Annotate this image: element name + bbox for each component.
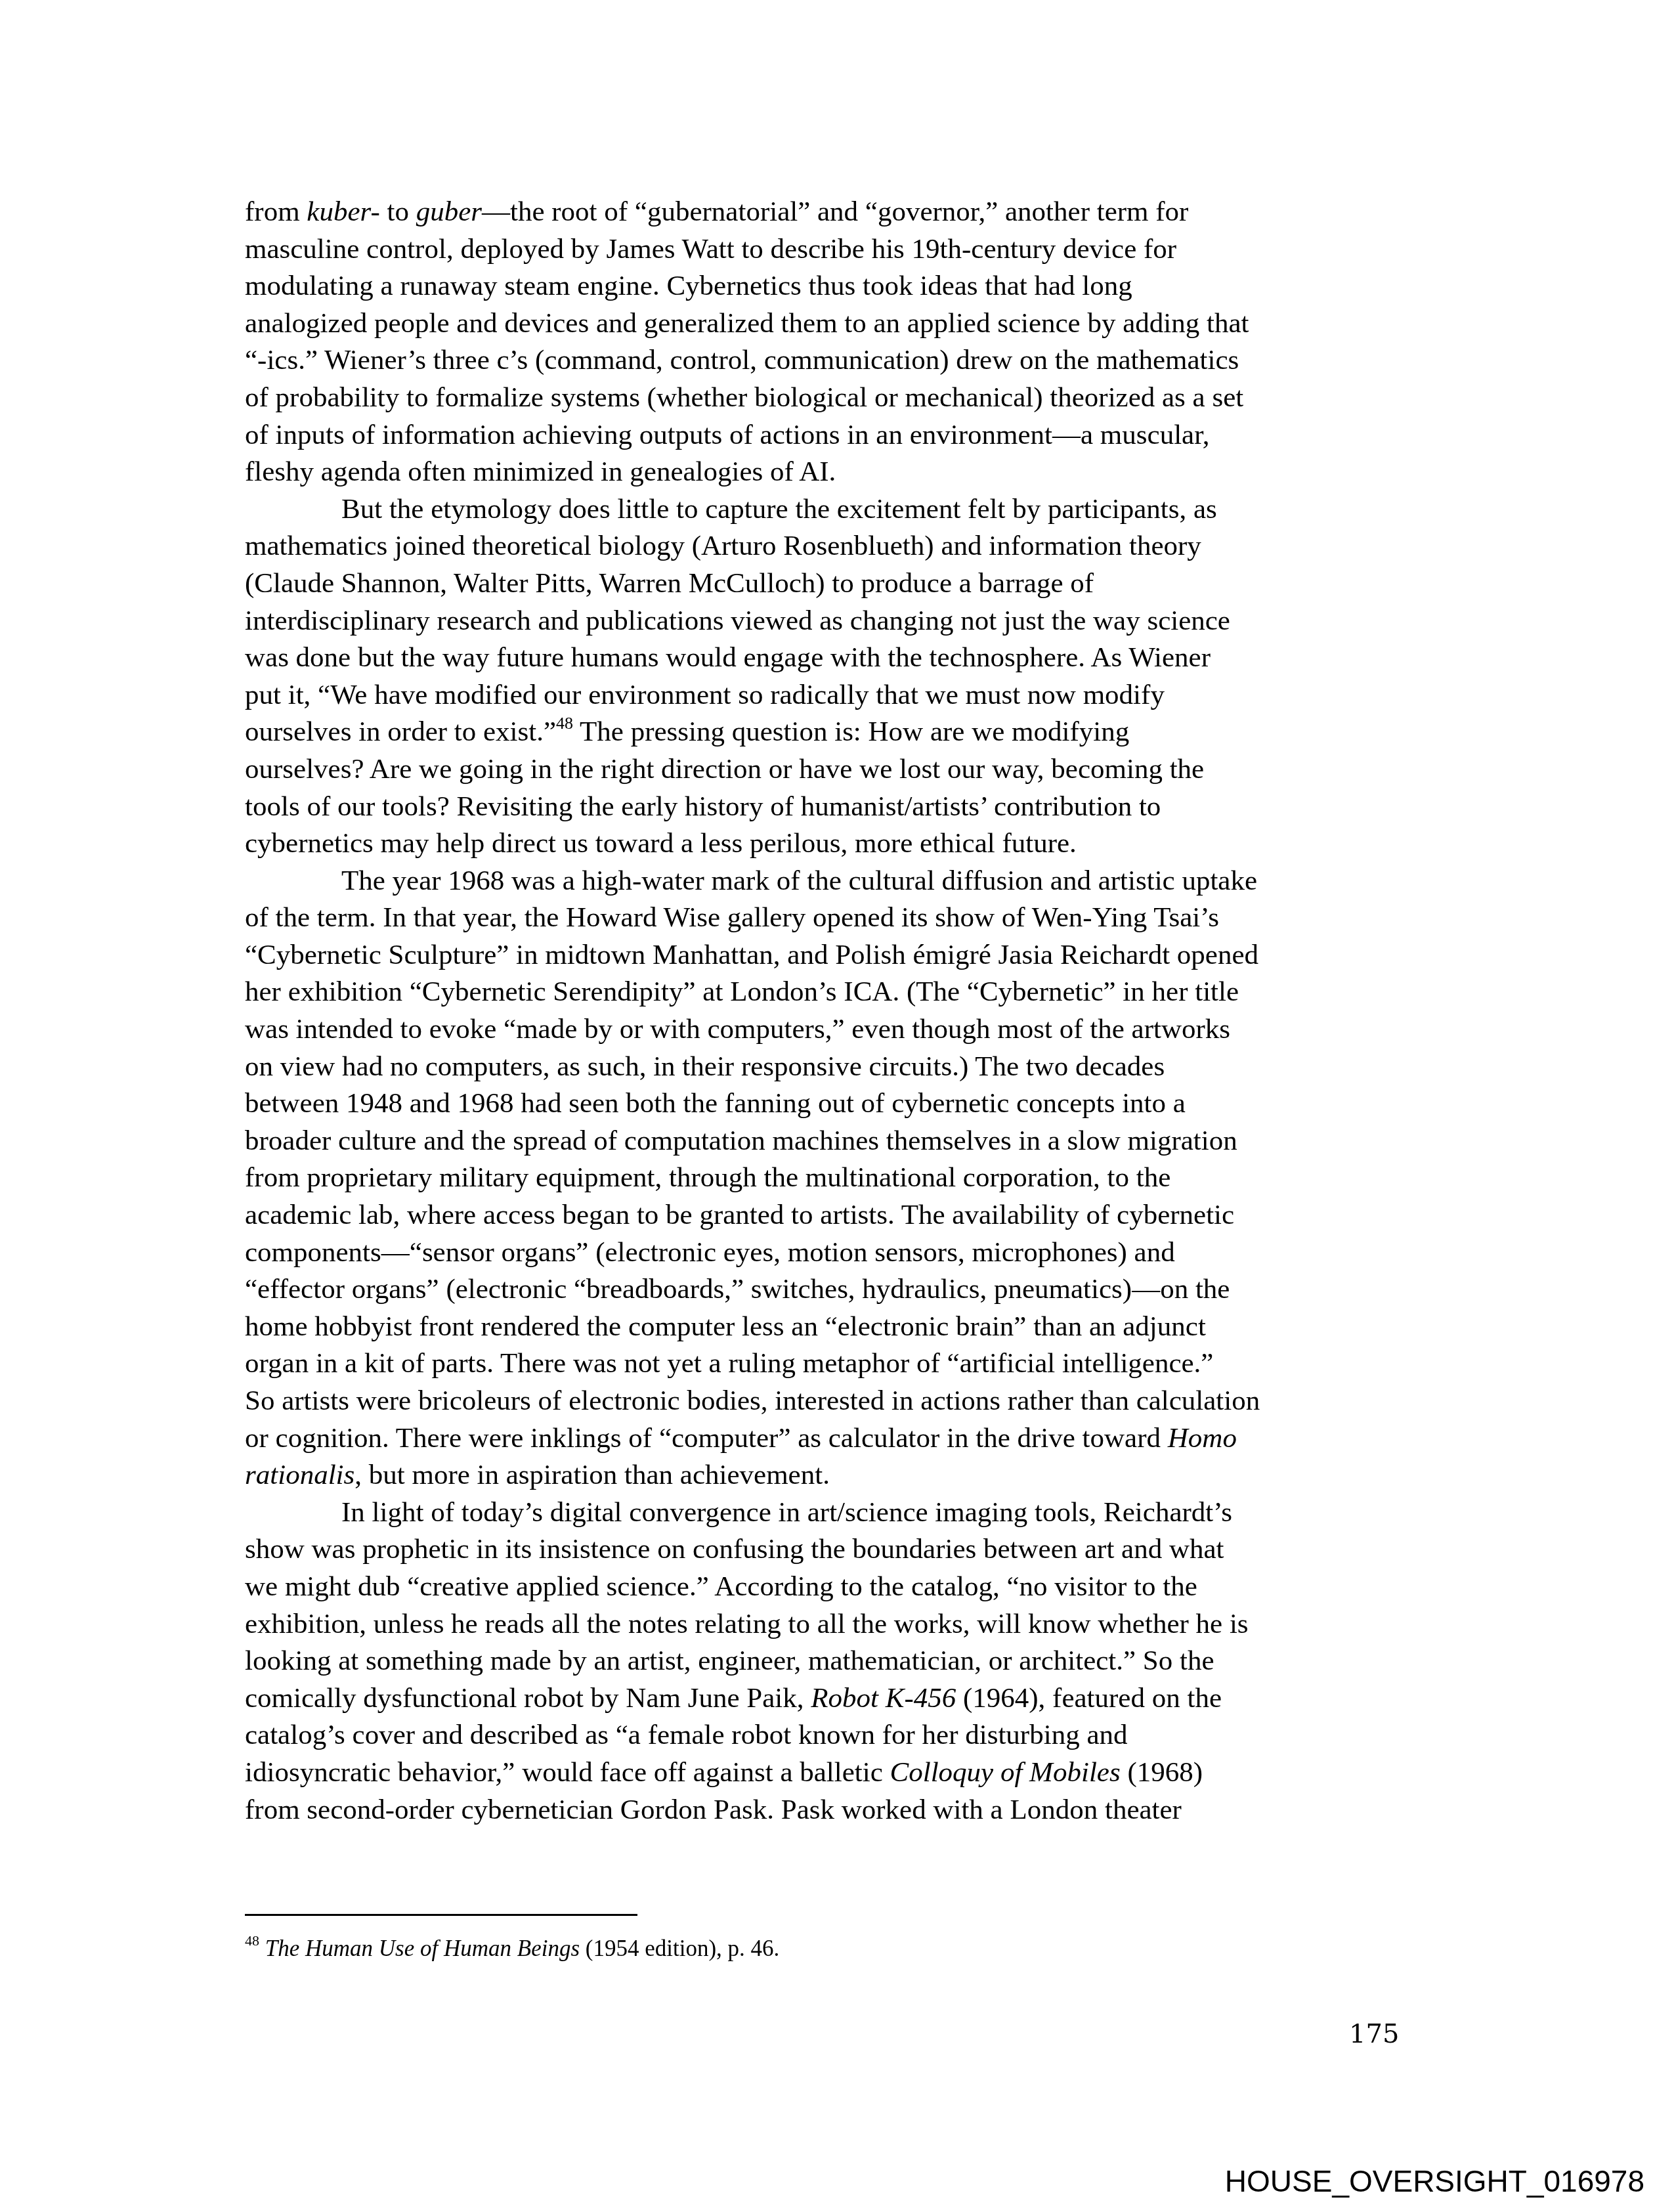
text-run: organ in a kit of parts. There was not y… — [245, 1348, 1213, 1379]
text-run: of inputs of information achieving outpu… — [245, 420, 1210, 450]
text-line: from second-order cybernetician Gordon P… — [245, 1792, 1420, 1829]
text-line: or cognition. There were inklings of “co… — [245, 1420, 1420, 1458]
text-line: components—“sensor organs” (electronic e… — [245, 1234, 1420, 1272]
text-run: ourselves? Are we going in the right dir… — [245, 754, 1204, 785]
paragraph-first-line: The year 1968 was a high-water mark of t… — [245, 863, 1420, 900]
italic-text: rationalis — [245, 1460, 354, 1490]
text-line: show was prophetic in its insistence on … — [245, 1531, 1420, 1569]
text-line: between 1948 and 1968 had seen both the … — [245, 1085, 1420, 1123]
text-run: looking at something made by an artist, … — [245, 1645, 1214, 1676]
text-line: looking at something made by an artist, … — [245, 1643, 1420, 1680]
text-line: So artists were bricoleurs of electronic… — [245, 1383, 1420, 1420]
text-line: idiosyncratic behavior,” would face off … — [245, 1754, 1420, 1792]
text-line: ourselves in order to exist.”48 The pres… — [245, 714, 1420, 751]
footnote-number: 48 — [245, 1932, 259, 1949]
text-line: broader culture and the spread of comput… — [245, 1123, 1420, 1160]
text-line: of the term. In that year, the Howard Wi… — [245, 900, 1420, 937]
text-line: we might dub “creative applied science.”… — [245, 1569, 1420, 1606]
text-line: was intended to evoke “made by or with c… — [245, 1011, 1420, 1049]
footnote-48: 48 The Human Use of Human Beings (1954 e… — [245, 1936, 779, 1962]
document-page: from kuber- to guber—the root of “gubern… — [0, 0, 1674, 2212]
bates-stamp: HOUSE_OVERSIGHT_016978 — [1225, 2163, 1644, 2199]
text-run: fleshy agenda often minimized in genealo… — [245, 456, 836, 487]
text-line: from kuber- to guber—the root of “gubern… — [245, 194, 1420, 231]
text-line: modulating a runaway steam engine. Cyber… — [245, 268, 1420, 305]
text-run: In light of today’s digital convergence … — [341, 1497, 1232, 1528]
text-run: But the etymology does little to capture… — [341, 494, 1217, 525]
text-run: (Claude Shannon, Walter Pitts, Warren Mc… — [245, 568, 1094, 599]
text-line: cybernetics may help direct us toward a … — [245, 825, 1420, 863]
text-line: comically dysfunctional robot by Nam Jun… — [245, 1680, 1420, 1718]
text-run: of the term. In that year, the Howard Wi… — [245, 902, 1219, 933]
text-line: of probability to formalize systems (whe… — [245, 380, 1420, 417]
text-run: broader culture and the spread of comput… — [245, 1125, 1237, 1156]
text-run: exhibition, unless he reads all the note… — [245, 1609, 1249, 1639]
italic-text: Robot K-456 — [811, 1683, 956, 1714]
text-run: interdisciplinary research and publicati… — [245, 605, 1230, 636]
text-run: from second-order cybernetician Gordon P… — [245, 1794, 1182, 1825]
text-run: The pressing question is: How are we mod… — [573, 716, 1129, 747]
text-line: ourselves? Are we going in the right dir… — [245, 751, 1420, 789]
text-run: modulating a runaway steam engine. Cyber… — [245, 271, 1132, 301]
text-line: “-ics.” Wiener’s three c’s (command, con… — [245, 342, 1420, 380]
text-run: (1964), featured on the — [956, 1683, 1222, 1714]
text-line: was done but the way future humans would… — [245, 640, 1420, 677]
text-line: tools of our tools? Revisiting the early… — [245, 789, 1420, 826]
text-run: show was prophetic in its insistence on … — [245, 1534, 1224, 1565]
text-line: masculine control, deployed by James Wat… — [245, 231, 1420, 269]
text-run: ourselves in order to exist.” — [245, 716, 556, 747]
paragraph-first-line: But the etymology does little to capture… — [245, 491, 1420, 529]
paragraph-first-line: In light of today’s digital convergence … — [245, 1494, 1420, 1532]
text-run: “effector organs” (electronic “breadboar… — [245, 1274, 1230, 1305]
text-run: idiosyncratic behavior,” would face off … — [245, 1757, 890, 1788]
text-run: her exhibition “Cybernetic Serendipity” … — [245, 976, 1239, 1007]
text-line: exhibition, unless he reads all the note… — [245, 1606, 1420, 1643]
footnote-book-title: The Human Use of Human Beings — [265, 1936, 580, 1961]
text-line: on view had no computers, as such, in th… — [245, 1049, 1420, 1086]
text-run: put it, “We have modified our environmen… — [245, 680, 1165, 710]
text-run: academic lab, where access began to be g… — [245, 1200, 1234, 1230]
text-line: “effector organs” (electronic “breadboar… — [245, 1271, 1420, 1309]
text-run: cybernetics may help direct us toward a … — [245, 828, 1077, 859]
text-run: catalog’s cover and described as “a fema… — [245, 1720, 1127, 1750]
text-run: “Cybernetic Sculpture” in midtown Manhat… — [245, 940, 1258, 970]
text-line: put it, “We have modified our environmen… — [245, 677, 1420, 714]
text-run: , but more in aspiration than achievemen… — [354, 1460, 830, 1490]
text-run: —the root of “gubernatorial” and “govern… — [482, 196, 1188, 227]
text-run: mathematics joined theoretical biology (… — [245, 531, 1201, 561]
text-run: components—“sensor organs” (electronic e… — [245, 1237, 1175, 1268]
italic-text: kuber- — [307, 196, 379, 227]
text-line: catalog’s cover and described as “a fema… — [245, 1717, 1420, 1754]
text-line: organ in a kit of parts. There was not y… — [245, 1345, 1420, 1383]
text-line: (Claude Shannon, Walter Pitts, Warren Mc… — [245, 565, 1420, 603]
text-run: was done but the way future humans would… — [245, 642, 1211, 673]
text-line: academic lab, where access began to be g… — [245, 1197, 1420, 1234]
text-run: masculine control, deployed by James Wat… — [245, 234, 1176, 265]
text-run: on view had no computers, as such, in th… — [245, 1051, 1165, 1082]
text-line: fleshy agenda often minimized in genealo… — [245, 454, 1420, 491]
text-line: interdisciplinary research and publicati… — [245, 603, 1420, 640]
italic-text: Colloquy of Mobiles — [890, 1757, 1121, 1788]
text-line: home hobbyist front rendered the compute… — [245, 1309, 1420, 1346]
text-run: home hobbyist front rendered the compute… — [245, 1311, 1206, 1342]
text-line: her exhibition “Cybernetic Serendipity” … — [245, 974, 1420, 1011]
text-run: So artists were bricoleurs of electronic… — [245, 1385, 1260, 1416]
text-run: or cognition. There were inklings of “co… — [245, 1423, 1168, 1454]
text-line: analogized people and devices and genera… — [245, 305, 1420, 343]
text-run: (1968) — [1121, 1757, 1203, 1788]
text-line: “Cybernetic Sculpture” in midtown Manhat… — [245, 937, 1420, 974]
text-run: comically dysfunctional robot by Nam Jun… — [245, 1683, 811, 1714]
text-run: between 1948 and 1968 had seen both the … — [245, 1088, 1186, 1119]
italic-text: Homo — [1168, 1423, 1237, 1454]
text-line: from proprietary military equipment, thr… — [245, 1160, 1420, 1197]
text-run: to — [380, 196, 416, 227]
text-line: mathematics joined theoretical biology (… — [245, 528, 1420, 565]
text-line: of inputs of information achieving outpu… — [245, 417, 1420, 454]
text-run: The year 1968 was a high-water mark of t… — [341, 865, 1257, 896]
text-run: tools of our tools? Revisiting the early… — [245, 791, 1161, 822]
text-run: from proprietary military equipment, thr… — [245, 1162, 1170, 1193]
text-run: analogized people and devices and genera… — [245, 308, 1249, 339]
text-run: was intended to evoke “made by or with c… — [245, 1014, 1230, 1045]
text-line: rationalis, but more in aspiration than … — [245, 1457, 1420, 1494]
footnote-divider — [245, 1914, 637, 1916]
text-run: from — [245, 196, 307, 227]
text-run: we might dub “creative applied science.”… — [245, 1571, 1197, 1602]
footnote-reference: 48 — [556, 714, 573, 733]
page-number: 175 — [1349, 2019, 1399, 2049]
italic-text: guber — [416, 196, 482, 227]
body-text: from kuber- to guber—the root of “gubern… — [245, 194, 1420, 1829]
text-run: of probability to formalize systems (whe… — [245, 382, 1243, 413]
text-run: “-ics.” Wiener’s three c’s (command, con… — [245, 345, 1239, 376]
footnote-citation: (1954 edition), p. 46. — [580, 1936, 779, 1961]
